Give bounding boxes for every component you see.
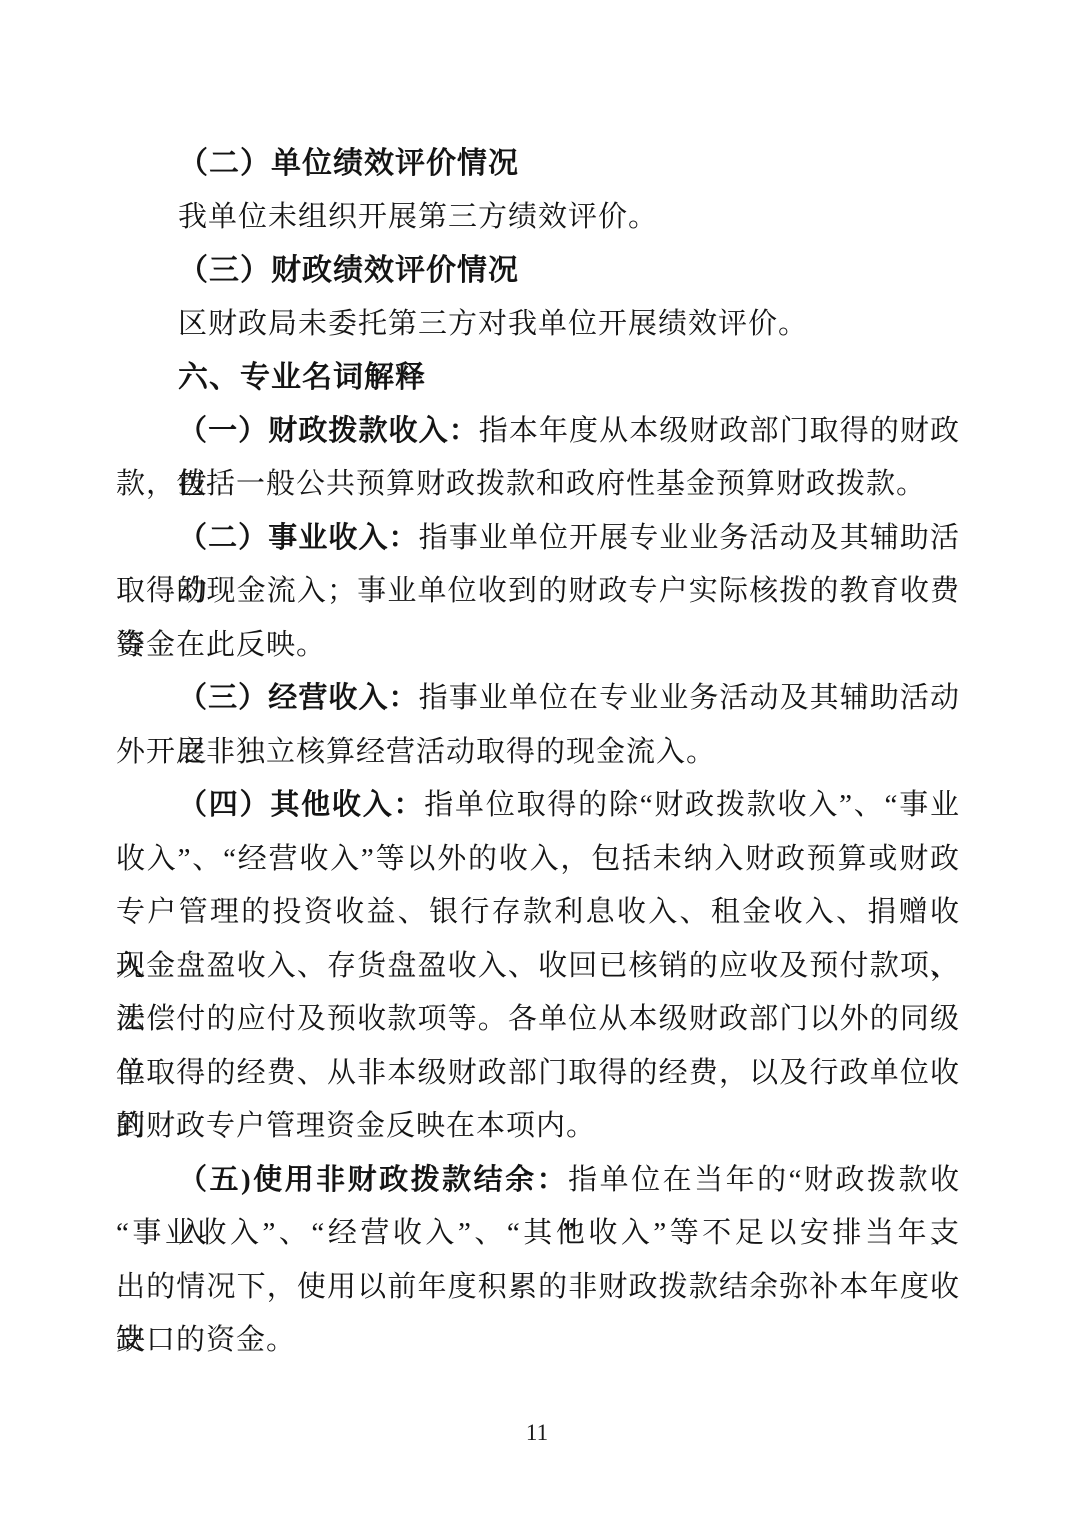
term-label-other-income: （四）其他收入： [178, 789, 424, 821]
paragraph-line: 现金盘盈收入、存货盘盈收入、收回已核销的应收及预付款项、无 [116, 940, 960, 994]
paragraph-line: 出的情况下，使用以前年度积累的非财政拨款结余弥补本年度收支 [116, 1261, 960, 1315]
paragraph-line: （四）其他收入：指单位取得的除“财政拨款收入”、“事业 [116, 779, 960, 833]
paragraph-line: 的财政专户管理资金反映在本项内。 [116, 1100, 960, 1154]
paragraph-line: “事业收入”、“经营收入”、“其他收入”等不足以安排当年支 [116, 1207, 960, 1261]
paragraph-line: 法偿付的应付及预收款项等。各单位从本级财政部门以外的同级单 [116, 993, 960, 1047]
paragraph-line: 资金在此反映。 [116, 619, 960, 673]
paragraph-line: （二）事业收入：指事业单位开展专业业务活动及其辅助活动 [116, 512, 960, 566]
paragraph-line: 外开展非独立核算经营活动取得的现金流入。 [116, 726, 960, 780]
section-heading-terminology: 六、专业名词解释 [116, 351, 960, 405]
section-heading-unit-performance-evaluation: （二）单位绩效评价情况 [116, 137, 960, 191]
document-content: （二）单位绩效评价情况 我单位未组织开展第三方绩效评价。 （三）财政绩效评价情况… [116, 137, 960, 1368]
paragraph-line: 收入”、“经营收入”等以外的收入，包括未纳入财政预算或财政 [116, 833, 960, 887]
paragraph-line: 我单位未组织开展第三方绩效评价。 [116, 191, 960, 245]
paragraph-line: （三）经营收入：指事业单位在专业业务活动及其辅助活动之 [116, 672, 960, 726]
paragraph-line: （五)使用非财政拨款结余：指单位在当年的“财政拨款收入”、 [116, 1154, 960, 1208]
paragraph-line: 专户管理的投资收益、银行存款利息收入、租金收入、捐赠收入， [116, 886, 960, 940]
term-label-business-income: （三）经营收入： [178, 682, 419, 714]
page-number: 11 [0, 1418, 1074, 1448]
term-label-fiscal-appropriation-income: （一）财政拨款收入： [178, 415, 479, 447]
paragraph-line: 位取得的经费、从非本级财政部门取得的经费，以及行政单位收到 [116, 1047, 960, 1101]
section-heading-finance-performance-evaluation: （三）财政绩效评价情况 [116, 244, 960, 298]
term-definition: 指单位取得的除“财政拨款收入”、“事业 [424, 789, 960, 821]
paragraph-line: 取得的现金流入；事业单位收到的财政专户实际核拨的教育收费等 [116, 565, 960, 619]
term-label-non-fiscal-appropriation-balance: （五)使用非财政拨款结余： [178, 1164, 568, 1196]
paragraph-line: 区财政局未委托第三方对我单位开展绩效评价。 [116, 298, 960, 352]
term-label-operating-income: （二）事业收入： [178, 522, 419, 554]
paragraph-line: （一）财政拨款收入：指本年度从本级财政部门取得的财政拨 [116, 405, 960, 459]
paragraph-line: 款，包括一般公共预算财政拨款和政府性基金预算财政拨款。 [116, 458, 960, 512]
document-page: （二）单位绩效评价情况 我单位未组织开展第三方绩效评价。 （三）财政绩效评价情况… [0, 0, 1074, 1520]
paragraph-line: 缺口的资金。 [116, 1314, 960, 1368]
